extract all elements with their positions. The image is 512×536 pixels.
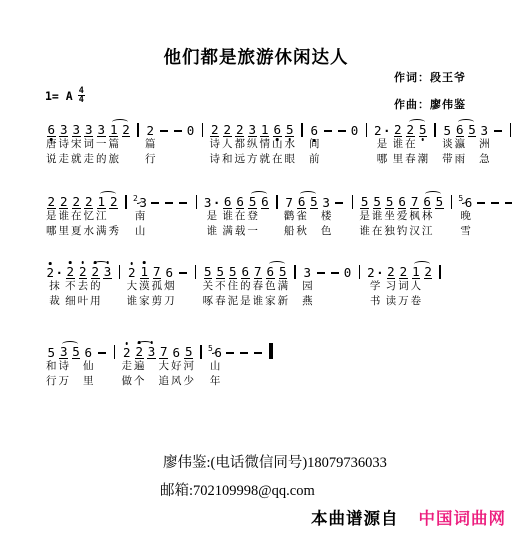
duration-dash-mark	[98, 352, 106, 354]
lyric-line1-char	[323, 137, 333, 152]
lyric-line1-char: 大	[159, 359, 170, 374]
grace-note: 5	[458, 195, 463, 203]
note: 3·是谁	[203, 191, 220, 239]
note-number: 2	[406, 123, 415, 137]
duration-dash	[177, 191, 189, 239]
lyric-line2-char: 细	[65, 294, 76, 309]
source-attribution: 本曲谱源自 中国词曲网	[311, 505, 506, 529]
lyric-line2-char: 山	[135, 224, 146, 239]
lyric-line1-char	[225, 359, 235, 374]
barline-mark	[294, 265, 295, 279]
note: 2忆水	[84, 191, 95, 239]
music-system-3: 2·抹裁2不细2去叶2的用32大谁1漠家7孤剪6烟刀5关啄5不春5住泥6的是7春…	[45, 261, 446, 309]
note-number: 2	[47, 195, 56, 209]
note: 7鹳船	[284, 191, 295, 239]
duration-dash	[177, 261, 189, 309]
note: 2词万	[398, 261, 409, 309]
duration-dash	[163, 191, 175, 239]
augmentation-dot: ·	[376, 266, 384, 279]
lyric-line2-char	[115, 294, 125, 309]
note-number: 5	[419, 123, 428, 137]
note: 5	[434, 191, 444, 239]
duration-dash-mark	[240, 352, 248, 354]
lyric-line1-char: 晚	[460, 209, 471, 224]
note: 2是哪	[46, 191, 57, 239]
note-number: 7	[410, 195, 419, 209]
barline	[191, 261, 201, 309]
barline	[446, 191, 456, 239]
note-number: 3	[248, 123, 257, 137]
lyric-line2-char	[330, 294, 340, 309]
song-title: 他们都是旅游休闲达人	[0, 44, 512, 69]
note-number: 2	[210, 123, 219, 137]
lyric-line2-char	[198, 152, 208, 167]
barline-mark	[510, 123, 511, 137]
rest-note: 0	[350, 119, 360, 167]
note-number: 5	[216, 265, 225, 279]
note: 6唐说	[46, 119, 57, 167]
note: 2在春	[405, 119, 416, 167]
note-number: 3	[103, 265, 112, 279]
note: 6谁满	[222, 191, 233, 239]
slur-group: 1篇旅2	[108, 119, 133, 167]
lyric-line2-char: 剪	[152, 294, 163, 309]
lyric-line2-char: 个	[134, 374, 145, 389]
lyric-line1-char: 鹳	[284, 209, 295, 224]
lyric-line1-char	[198, 137, 208, 152]
lyric-line1-char: 是	[359, 209, 370, 224]
note-number: 2	[91, 265, 100, 279]
final-barline-mark	[269, 343, 273, 359]
source-prefix: 本曲谱源自	[311, 505, 399, 529]
lyric-line2-char	[467, 152, 477, 167]
lyric-line2-char	[323, 152, 333, 167]
lyric-line2-char: 载	[235, 224, 246, 239]
note-number: 2	[109, 195, 118, 209]
lyric-line2-char: 秀	[109, 224, 120, 239]
lyric-line1-char	[109, 209, 119, 224]
note: 2秀	[109, 191, 120, 239]
duration-dash-mark	[254, 352, 262, 354]
note-number: 2	[223, 123, 232, 137]
note: 5潮	[418, 119, 429, 167]
lyric-line2-char	[490, 224, 500, 239]
barline-mark	[195, 265, 196, 279]
barline	[133, 119, 143, 167]
note-number: 2	[128, 266, 137, 279]
lyric-line1-char: 遍	[134, 359, 145, 374]
lyric-line1-char: 一	[96, 137, 107, 152]
barline-mark	[359, 265, 360, 279]
duration-dash	[252, 341, 264, 389]
lyric-line2-char: 用	[90, 294, 101, 309]
lyric-line2-char: 满	[96, 224, 107, 239]
lyric-line1-char	[290, 279, 300, 294]
note: 6间前	[309, 119, 320, 167]
note-number: 5	[435, 195, 444, 209]
note: 6在载	[235, 191, 246, 239]
note-number: 2	[72, 195, 81, 209]
slur-group: 6色家5满新	[264, 261, 289, 309]
note: 6林江	[422, 191, 433, 239]
lyric-line1-char	[272, 209, 282, 224]
lyric-line1-char	[191, 209, 201, 224]
note: 2不细	[65, 261, 76, 309]
rest-note: 0	[186, 119, 196, 167]
lyric-line1-char	[196, 359, 206, 374]
barline	[272, 191, 282, 239]
lyric-line1-char	[103, 279, 113, 294]
lyric-line2-char	[504, 224, 512, 239]
note: 5	[71, 341, 81, 389]
duration-dash	[149, 191, 161, 239]
lyric-line1-char: 楼	[321, 209, 332, 224]
slur-group: 2的用3	[89, 261, 114, 309]
duration-dash	[315, 261, 327, 309]
note-number: 1	[109, 123, 118, 137]
note: 2·是哪	[374, 119, 391, 167]
barline-mark	[202, 123, 203, 137]
slur-group: 5登一6	[246, 191, 271, 239]
note-number: 3	[97, 123, 106, 137]
lyric-line1-char: 仙	[83, 359, 94, 374]
lyric-line2-char: 哪	[46, 224, 57, 239]
duration-dash	[475, 191, 487, 239]
lyric-line2-char	[290, 294, 300, 309]
lyric-line2-char: 万	[398, 294, 409, 309]
note-number: 6	[398, 195, 407, 209]
lyric-line2-char	[343, 294, 353, 309]
lyric-line2-char: 卷	[411, 294, 422, 309]
lyric-line1-char: 孤	[152, 279, 163, 294]
note-number: 2	[374, 124, 383, 137]
note: 3	[103, 261, 113, 309]
note-number: 2	[399, 265, 408, 279]
note-number: 5	[204, 265, 213, 279]
lyric-line1-char: 登	[247, 209, 258, 224]
barline-mark	[200, 345, 201, 359]
lyric-line2-char: 家	[265, 294, 276, 309]
lyric-line1-char: 雀	[296, 209, 307, 224]
lyric-line1-char: 住	[228, 279, 239, 294]
lyric-line2-char	[435, 294, 445, 309]
note-number: 6	[223, 195, 232, 209]
lyric-line1-char: 在	[235, 209, 246, 224]
lyric-line2-char	[316, 294, 326, 309]
note-number: 5	[285, 123, 294, 137]
note: 5坐独	[384, 191, 395, 239]
lyric-line1-char: 南	[135, 209, 146, 224]
note: 6雀秋	[296, 191, 307, 239]
note: 2习读	[386, 261, 397, 309]
lyric-line1-char	[350, 137, 360, 152]
lyric-line2-char: 急	[479, 152, 490, 167]
lyric-line1-char	[506, 137, 512, 152]
lyric-line1-char: 坐	[384, 209, 395, 224]
note-number: 2	[424, 265, 433, 279]
barline-mark	[366, 123, 367, 137]
augmentation-dot: ·	[383, 124, 391, 137]
lyric-line1-char: 烟	[164, 279, 175, 294]
note-number: 2	[146, 124, 155, 137]
note-number: 5	[184, 345, 193, 359]
barline	[355, 261, 365, 309]
slur-group: 3诗万5	[58, 341, 83, 389]
slur-group: 6雀秋5	[295, 191, 320, 239]
duration-dash-mark	[491, 202, 499, 204]
lyric-line2-char: 汉	[409, 224, 420, 239]
lyric-line1-char	[334, 209, 344, 224]
lyric-line1-char	[504, 209, 512, 224]
note: 6色家	[265, 261, 276, 309]
lyric-line1-char: 在	[405, 137, 416, 152]
note-number: 7	[285, 196, 294, 209]
lyric-line1-char	[355, 279, 365, 294]
lyric-line1-char	[115, 279, 125, 294]
note-number: 1	[140, 265, 149, 279]
lyric-line1-char: 色	[265, 279, 276, 294]
lyric-line2-char	[225, 374, 235, 389]
lyric-line2-char	[362, 152, 372, 167]
lyric-line2-char	[260, 224, 270, 239]
lyric-line1-char: 篇	[145, 137, 156, 152]
note: 5谈带	[442, 119, 453, 167]
note-number: 0	[343, 266, 352, 279]
augmentation-dot: ·	[56, 266, 64, 279]
barline	[297, 119, 307, 167]
lyric-line2-char: 船	[284, 224, 295, 239]
time-signature: 4 4	[78, 87, 85, 104]
note: 5河少	[184, 341, 195, 389]
lyric-line2-char: 走	[84, 152, 95, 167]
duration-dash	[329, 261, 341, 309]
lyric-line1-char: 谁	[372, 209, 383, 224]
source-site-link[interactable]: 中国词曲网	[419, 505, 507, 529]
lyric-line2-char	[133, 152, 143, 167]
lyric-line1-char: 枫	[409, 209, 420, 224]
note: 23南山	[133, 191, 147, 239]
lyric-line2-char: 江	[422, 224, 433, 239]
lyric-line1-char	[253, 359, 263, 374]
note-number: 2	[235, 123, 244, 137]
lyric-line1-char	[260, 209, 270, 224]
duration-dash	[158, 119, 170, 167]
note: 6的是	[240, 261, 251, 309]
lyric-line1-char	[467, 137, 477, 152]
note: 6好风	[171, 341, 182, 389]
note: 2的用	[90, 261, 101, 309]
lyric-line2-char: 里	[59, 224, 70, 239]
lyric-line2-char	[253, 374, 263, 389]
slur-group: 6林江5	[421, 191, 446, 239]
note-number: 5	[373, 195, 382, 209]
lyric-line1-char: 在	[71, 209, 82, 224]
note-number: 2	[387, 265, 396, 279]
note-number: 2	[66, 265, 75, 279]
lyric-line1-char	[347, 209, 357, 224]
lyric-line2-char: 裁	[49, 294, 60, 309]
note-number: 6	[266, 265, 275, 279]
lyric-line2-char: 少	[184, 374, 195, 389]
barline-mark	[439, 265, 440, 279]
lyric-line2-char: 在	[272, 152, 283, 167]
lyric-line1-char	[337, 137, 347, 152]
lyric-line2-char	[506, 152, 512, 167]
lyric-line2-char	[297, 152, 307, 167]
lyric-line1-char	[147, 359, 157, 374]
barline-mark	[301, 123, 302, 137]
duration-dash-mark	[331, 272, 339, 274]
note: 6瀛雨	[455, 119, 466, 167]
lyric-line2-char	[334, 224, 344, 239]
lyric-line2-char	[178, 224, 188, 239]
note-number: 2	[79, 265, 88, 279]
note: 2在夏	[71, 191, 82, 239]
lyric-line2-char: 啄	[203, 294, 214, 309]
slur-group: 6瀛雨5	[454, 119, 479, 167]
lyric-line2-char	[239, 374, 249, 389]
note-number: 1	[260, 123, 269, 137]
note: 1漠家	[139, 261, 150, 309]
slur-group: 1人卷2	[410, 261, 435, 309]
lyric-line2-char: 一	[247, 224, 258, 239]
lyric-line2-char	[186, 152, 196, 167]
key-signature: 1= A 4 4	[45, 87, 85, 104]
lyric-line1-char: 谁	[59, 209, 70, 224]
note-number: 3	[203, 196, 212, 209]
note-number: 2	[46, 266, 55, 279]
music-system-4: 5和行3诗万56仙里2走做2遍个37大追6好风5河少56山年	[45, 341, 277, 389]
lyric-line2-char: 年	[210, 374, 221, 389]
lyric-line1-char: 林	[422, 209, 433, 224]
lyric-line1-char: 不	[65, 279, 76, 294]
lyric-line2-char	[347, 224, 357, 239]
note: 5登一	[247, 191, 258, 239]
barline	[191, 191, 201, 239]
lyric-line1-char: 谈	[442, 137, 453, 152]
duration-dash	[238, 341, 250, 389]
lyric-line2-char	[434, 224, 444, 239]
note: 7孤剪	[152, 261, 163, 309]
lyric-line1-char: 纵	[247, 137, 258, 152]
lyric-line2-char	[121, 224, 131, 239]
lyric-line2-char: 眼	[285, 152, 296, 167]
note: 2都远	[235, 119, 246, 167]
note-number: 6	[456, 123, 465, 137]
lyric-line1-char	[186, 137, 196, 152]
lyric-line2-char: 潮	[418, 152, 429, 167]
barline-mark	[451, 195, 452, 209]
lyric-line1-char: 漠	[139, 279, 150, 294]
lyric-line1-char: 词	[398, 279, 409, 294]
note: 56山年	[208, 341, 222, 389]
lyric-line2-char: 诗	[210, 152, 221, 167]
lyric-line2-char: 里	[393, 152, 404, 167]
lyric-line1-char	[490, 209, 500, 224]
barline	[290, 261, 300, 309]
note-number: 6	[241, 265, 250, 279]
duration-dash-mark	[165, 202, 173, 204]
lyric-line1-char	[173, 137, 183, 152]
lyric-line1-char: 去	[78, 279, 89, 294]
barline	[115, 261, 125, 309]
lyric-line2-char: 读	[386, 294, 397, 309]
lyric-line2-char	[173, 152, 183, 167]
lyric-line2-char: 行	[145, 152, 156, 167]
note-number: 5	[443, 124, 452, 137]
lyric-line1-char: 和	[46, 359, 57, 374]
lyric-line1-char	[159, 137, 169, 152]
note: 1篇旅	[109, 119, 120, 167]
lyric-line1-char: 关	[203, 279, 214, 294]
lyric-line1-char	[434, 209, 444, 224]
note: 6爱钓	[397, 191, 408, 239]
lyric-line1-char: 谁	[222, 209, 233, 224]
lyric-line2-char: 做	[122, 374, 133, 389]
lyric-line2-char: 叶	[78, 294, 89, 309]
note-number: 2	[367, 266, 376, 279]
note-number: 2	[59, 195, 68, 209]
note-number: 6	[423, 195, 432, 209]
note: 6烟刀	[164, 261, 175, 309]
note: 5关啄	[203, 261, 214, 309]
duration-dash	[489, 191, 501, 239]
lyric-line2-char: 远	[235, 152, 246, 167]
lyric-line2-char: 的	[96, 152, 107, 167]
lyric-line1-char	[178, 209, 188, 224]
note: 3一的	[96, 119, 107, 167]
note: 2诗诗	[210, 119, 221, 167]
email-info: 邮箱:702109998@qq.com	[160, 479, 315, 500]
lyric-line2-char	[110, 374, 120, 389]
note-number: 6	[47, 123, 56, 137]
note: 3诗走	[59, 119, 70, 167]
note: 2·学书	[367, 261, 384, 309]
note: 2去叶	[78, 261, 89, 309]
note-number: 6	[464, 196, 473, 209]
note: 2篇行	[145, 119, 156, 167]
lyric-line1-char	[476, 209, 486, 224]
note: 7枫汉	[409, 191, 420, 239]
note-number: 7	[159, 345, 168, 359]
note-number: 5	[360, 195, 369, 209]
lyric-line1-char	[121, 137, 131, 152]
barline	[110, 341, 120, 389]
duration-dash-mark	[324, 130, 332, 132]
lyric-line1-char	[110, 359, 120, 374]
lyric-line1-char: 是	[46, 209, 57, 224]
lyric-line2-char: 行	[46, 374, 57, 389]
lyric-line1-char: 园	[302, 279, 313, 294]
lyric-line2-char	[121, 152, 131, 167]
note: 5谁在	[372, 191, 383, 239]
key-label: 1= A	[45, 89, 73, 103]
lyric-line2-char	[191, 294, 201, 309]
note: 7大追	[159, 341, 170, 389]
lyric-line2-char: 在	[372, 224, 383, 239]
barline-mark	[119, 265, 120, 279]
lyric-line1-char: 的	[90, 279, 101, 294]
lyric-line2-char: 谁	[253, 294, 264, 309]
duration-dash-mark	[160, 130, 168, 132]
lyric-line1-char	[343, 279, 353, 294]
lyric-line1-char	[150, 209, 160, 224]
note-number: 3	[72, 123, 81, 137]
lyric-line1-char: 江	[96, 209, 107, 224]
note: 1人卷	[411, 261, 422, 309]
barline	[196, 341, 206, 389]
lyric-line1-char: 都	[235, 137, 246, 152]
